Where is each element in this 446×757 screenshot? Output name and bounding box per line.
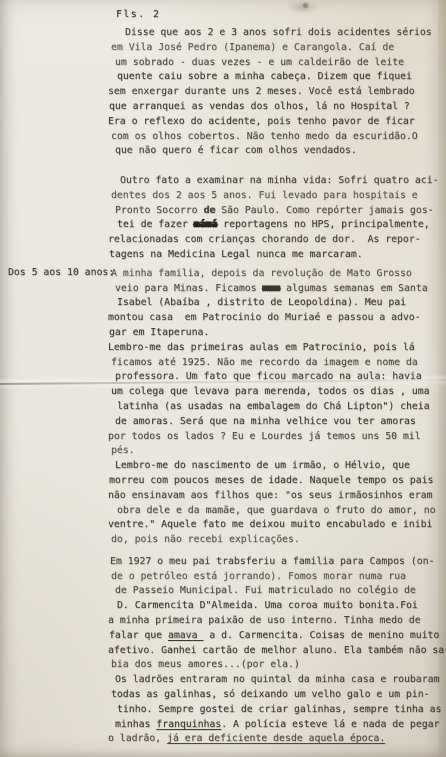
text-blackout: mámá (194, 219, 218, 230)
text-line: de amoras. Será que na minha velhice vou… (115, 415, 446, 430)
paper-stain-dot (303, 3, 308, 8)
text-line: ficamos até 1925. Não me recordo da imag… (111, 356, 446, 371)
text-segment: de o petróleo está jorrando). Fomos mora… (111, 571, 406, 582)
text-line: o ladrão, já era deficiente desde aquela… (108, 732, 446, 747)
text-line: falar que amava a d. Carmencita. Coisas … (109, 629, 446, 644)
text-segment: morreu com poucos meses de idade. Naquel… (109, 475, 433, 486)
text-line: D. Carmencita D"Almeida. Uma coroa muito… (117, 599, 446, 614)
text-segment: de amoras. Será que na minha velhice vou… (115, 416, 416, 427)
paragraph: Em 1927 o meu pai trabsferiu a familia p… (108, 555, 446, 747)
text-segment: Lembro-me das primeiras aulas em Patroci… (108, 342, 415, 353)
text-segment: algumas semanas em Santa (280, 283, 427, 294)
text-line: Era o reflexo do acidente, pois tenho pa… (108, 115, 446, 130)
text-segment: a minha primeira paixão de uso interno. … (108, 615, 421, 626)
text-line: latinha (as usadas na embalagem do Chá L… (117, 400, 446, 415)
text-line: Pronto Socorro de São Paulo. Como repórt… (115, 204, 446, 219)
text-segment: que não quero é ficar com olhos vendados… (115, 145, 357, 156)
text-line: Outro fato a examinar na minha vida: Sof… (120, 174, 446, 189)
text-segment: Disse que aos 2 e 3 anos sofri dois acid… (125, 27, 432, 38)
text-segment: minhas (115, 719, 156, 730)
text-segment: tagens na Medicina Legal nunca me marcar… (109, 249, 363, 260)
text-line: de o petróleo está jorrando). Fomos mora… (111, 570, 446, 585)
text-segment: obra dele e da mamãe, que guardava o fru… (117, 505, 436, 516)
text-line: minhas franquinhas. A polícia esteve lá … (115, 718, 446, 733)
text-line: tei de fazer mámá reportagens no HPS, pr… (117, 218, 446, 233)
text-line: dentes dos 2 aos 5 anos. Fui levado para… (111, 189, 446, 204)
text-segment: um colega que levava para merenda, todos… (111, 386, 430, 397)
text-line: não ensinavam aos filhos que: "os seus i… (108, 489, 446, 504)
text-segment: quente caiu sobre a minha cabeça. Dizem … (117, 71, 412, 82)
text-blackout: mmm (262, 283, 280, 294)
text-segment: dentes dos 2 aos 5 anos. Fui levado para… (111, 190, 418, 201)
text-line: que não quero é ficar com olhos vendados… (115, 144, 446, 159)
text-segment: veio para Minas. Ficamos (115, 283, 262, 294)
text-line: Isabel (Abaíba , distrito de Leopoldina)… (117, 296, 446, 311)
text-line: A minha familia, depois da revolução de … (111, 267, 446, 282)
text-segment: São Paulo. Como repórter jamais gos- (215, 205, 433, 216)
paragraph: Dos 5 aos 10 anos:A minha familia, depoi… (108, 267, 446, 548)
text-segment: montou casa em Patrocinio do Muriaé e pa… (108, 312, 421, 323)
text-line: a minha primeira paixão de uso interno. … (108, 614, 446, 629)
text-segment: em Vila José Pedro (Ipanema) e Carangola… (111, 42, 394, 53)
text-segment: relacionadas com crianças chorando de do… (108, 234, 421, 245)
text-line: um colega que levava para merenda, todos… (111, 385, 446, 400)
text-segment: Lembro-me do nascimento de um irmão, o H… (115, 460, 410, 471)
text-line: Lembro-me das primeiras aulas em Patroci… (108, 341, 446, 356)
text-line: quente caiu sobre a minha cabeça. Dizem … (117, 70, 446, 85)
page-number: Fls. 2 (116, 9, 160, 20)
text-line: de Passeio Municipal. Fui matriculado no… (115, 584, 446, 599)
text-segment: gar em Itaperuna. (109, 327, 209, 338)
text-line: obra dele e da mamãe, que guardava o fru… (117, 504, 446, 519)
text-line: com os olhos cobertos. Não tenho medo da… (111, 130, 446, 145)
text-segment: Pronto Socorro (115, 205, 203, 216)
text-under: franquinhas (156, 719, 221, 730)
text-bold: de (203, 205, 215, 216)
text-segment: falar que (109, 630, 168, 641)
text-line: Em 1927 o meu pai trabsferiu a familia p… (110, 555, 446, 570)
margin-note: Dos 5 aos 10 anos: (8, 267, 114, 278)
text-segment: tei de fazer (117, 219, 194, 230)
text-segment: professora. Um fato que ficou marcado na… (115, 371, 422, 382)
text-segment: do, pois não recebi explicações. (111, 534, 300, 545)
text-segment: latinha (as usadas na embalagem do Chá L… (117, 401, 430, 412)
document-body: Disse que aos 2 e 3 anos sofri dois acid… (108, 26, 446, 747)
text-segment: afetivo. Ganhei cartão de melhor aluno. … (108, 645, 444, 656)
paragraph: Disse que aos 2 e 3 anos sofri dois acid… (108, 26, 446, 159)
text-line: todas as galinhas, só deixando um velho … (111, 688, 446, 703)
text-segment: todas as galinhas, só deixando um velho … (111, 689, 430, 700)
text-segment: o ladrão, (108, 733, 167, 744)
text-segment: bia dos meus amores...(por ela.) (111, 659, 300, 670)
text-under: já era deficiente desde aquela época. (167, 733, 385, 744)
text-line: que arranquei as vendas dos olhos, lá no… (109, 100, 446, 115)
text-line: professora. Um fato que ficou marcado na… (115, 370, 446, 385)
text-line: Disse que aos 2 e 3 anos sofri dois acid… (125, 26, 446, 41)
text-segment: Outro fato a examinar na minha vida: Sof… (120, 175, 439, 186)
text-segment: a d. Carmencita. Coisas de menino muito (203, 630, 439, 641)
text-segment: ventre." Aquele fato me deixou muito enc… (108, 519, 432, 530)
paragraph: Outro fato a examinar na minha vida: Sof… (108, 174, 446, 263)
text-segment: tinho. Sempre gostei de criar galinhas, … (117, 704, 441, 715)
text-line: em Vila José Pedro (Ipanema) e Carangola… (111, 41, 446, 56)
text-line: pés. (111, 444, 446, 459)
text-segment: por todos os lados ? Eu e Lourdes já tem… (108, 431, 421, 442)
text-line: tagens na Medicina Legal nunca me marcar… (109, 248, 446, 263)
text-segment: um sobrado - duas vezes - e um caldeirão… (115, 57, 404, 68)
text-line: tinho. Sempre gostei de criar galinhas, … (117, 703, 446, 718)
text-segment: com os olhos cobertos. Não tenho medo da… (111, 131, 418, 142)
text-line: do, pois não recebi explicações. (111, 533, 446, 548)
text-segment: Isabel (Abaíba , distrito de Leopoldina)… (117, 297, 406, 308)
text-line: por todos os lados ? Eu e Lourdes já tem… (108, 430, 446, 445)
text-segment: Os ladrões entraram no quintal da minha … (115, 674, 439, 685)
text-line: gar em Itaperuna. (109, 326, 446, 341)
text-segment: A minha familia, depois da revolução de … (111, 268, 412, 279)
text-line: relacionadas com crianças chorando de do… (108, 233, 446, 248)
text-line: veio para Minas. Ficamos mmm algumas sem… (115, 282, 446, 297)
text-line: sem enxergar durante uns 2 meses. Você e… (108, 85, 446, 100)
text-segment: . A polícia esteve lá e nada de pegar (221, 719, 439, 730)
text-segment: Era o reflexo do acidente, pois tenho pa… (108, 116, 415, 127)
text-segment: não ensinavam aos filhos que: "os seus i… (108, 490, 432, 501)
text-segment: ficamos até 1925. Não me recordo da imag… (111, 357, 418, 368)
text-segment: de Passeio Municipal. Fui matriculado no… (115, 585, 416, 596)
typewritten-page: Fls. 2 Disse que aos 2 e 3 anos sofri do… (0, 0, 446, 757)
text-segment: D. Carmencita D"Almeida. Uma coroa muito… (117, 600, 418, 611)
text-segment: sem enxergar durante uns 2 meses. Você e… (108, 86, 415, 97)
text-line: bia dos meus amores...(por ela.) (111, 658, 446, 673)
text-line: ventre." Aquele fato me deixou muito enc… (108, 518, 446, 533)
text-segment: reportagens no HPS, principalmente, (217, 219, 429, 230)
text-segment: Em 1927 o meu pai trabsferiu a familia p… (110, 556, 434, 567)
text-line: Os ladrões entraram no quintal da minha … (115, 673, 446, 688)
text-segment: pés. (111, 445, 135, 456)
text-line: um sobrado - duas vezes - e um caldeirão… (115, 56, 446, 71)
text-line: montou casa em Patrocinio do Muriaé e pa… (108, 311, 446, 326)
text-line: Lembro-me do nascimento de um irmão, o H… (115, 459, 446, 474)
text-line: afetivo. Ganhei cartão de melhor aluno. … (108, 644, 446, 659)
text-under: amava (168, 630, 203, 641)
text-line: morreu com poucos meses de idade. Naquel… (109, 474, 446, 489)
text-segment: que arranquei as vendas dos olhos, lá no… (109, 101, 410, 112)
